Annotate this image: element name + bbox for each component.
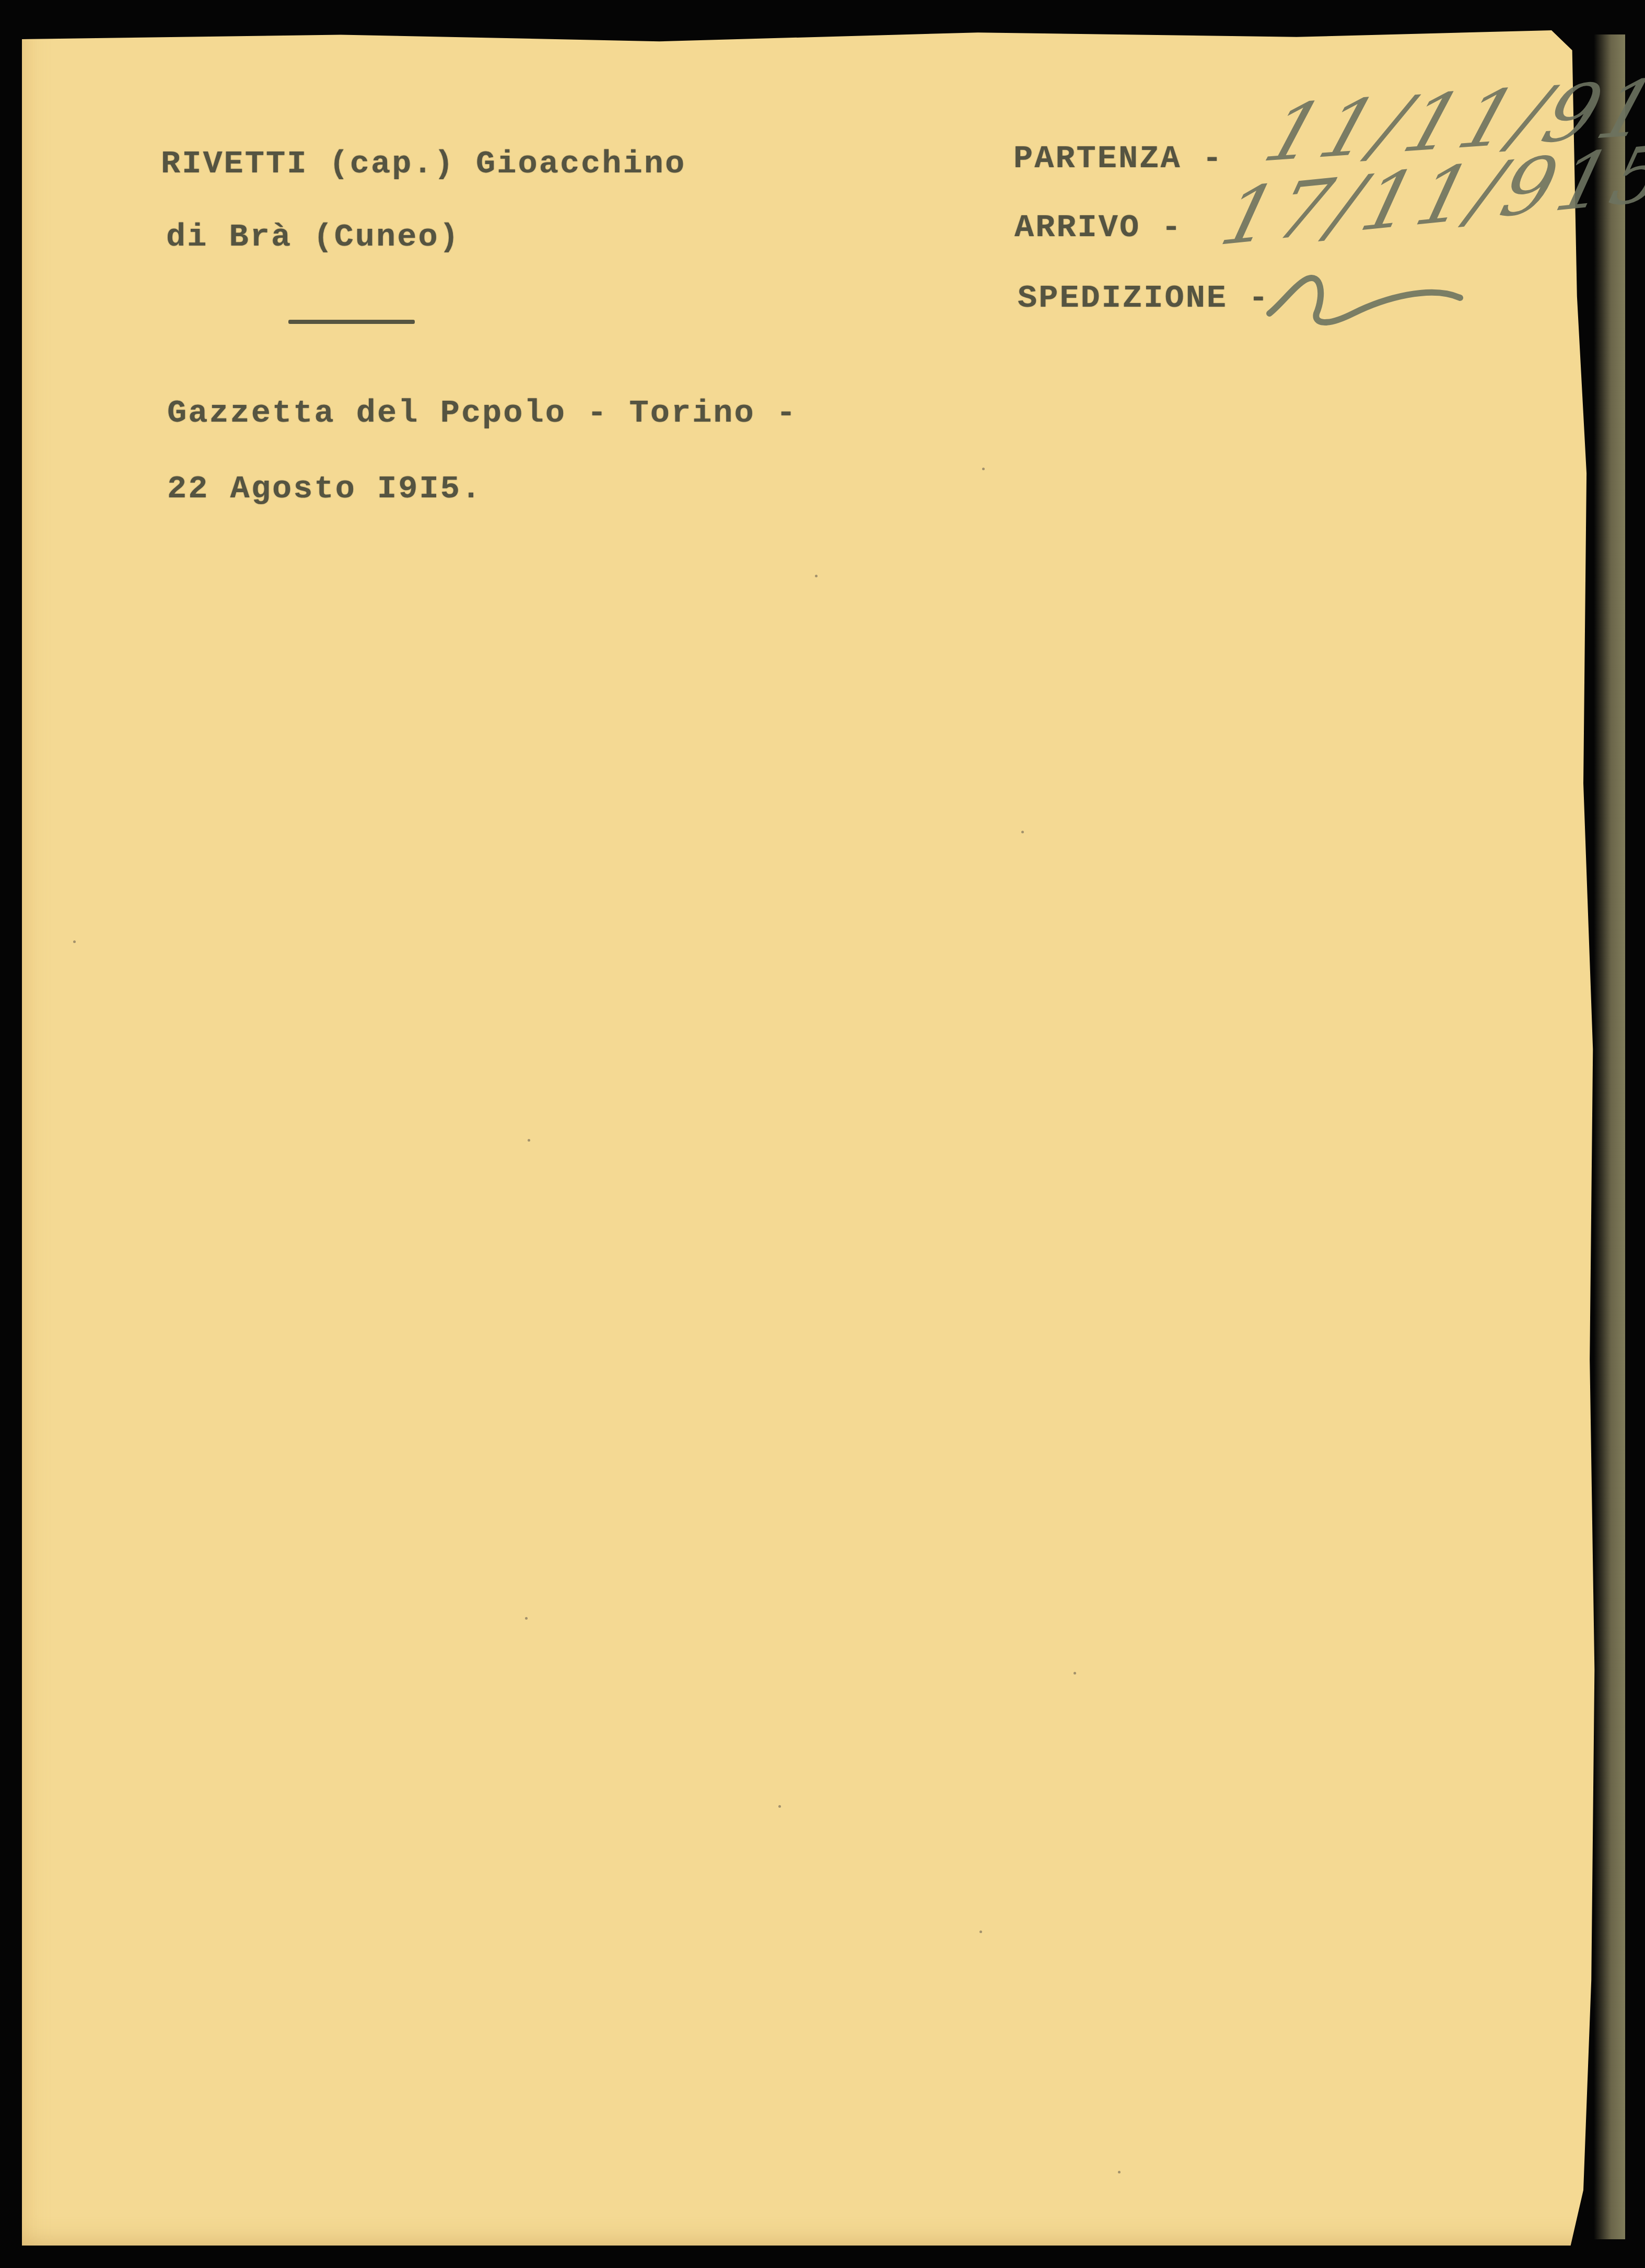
person-name-line: RIVETTI (cap.) Gioacchino: [161, 145, 686, 182]
paper-speck: [1074, 1672, 1076, 1674]
paper-speck: [525, 1617, 528, 1620]
paper-speck: [815, 575, 818, 577]
paper-speck: [1021, 831, 1024, 833]
separator-rule: [288, 320, 415, 324]
document-sheet: [22, 30, 1615, 2246]
source-newspaper-line: Gazzetta del Pcpolo - Torino -: [167, 394, 797, 432]
spedizione-label: SPEDIZIONE -: [1018, 280, 1269, 317]
source-date-line: 22 Agosto I9I5.: [167, 470, 482, 507]
paper-speck: [982, 468, 985, 470]
paper-speck: [979, 1930, 982, 1933]
paper-worn-edge: [1594, 34, 1625, 2239]
arrivo-label: ARRIVO -: [1014, 209, 1183, 246]
paper-speck: [1118, 2171, 1121, 2173]
spedizione-handwritten-mark: 2: [1264, 264, 1473, 332]
partenza-label: PARTENZA -: [1013, 140, 1223, 177]
paper-speck: [778, 1805, 781, 1808]
paper-speck: [528, 1139, 530, 1142]
person-origin-line: di Brà (Cuneo): [166, 218, 460, 255]
paper-speck: [73, 940, 76, 943]
